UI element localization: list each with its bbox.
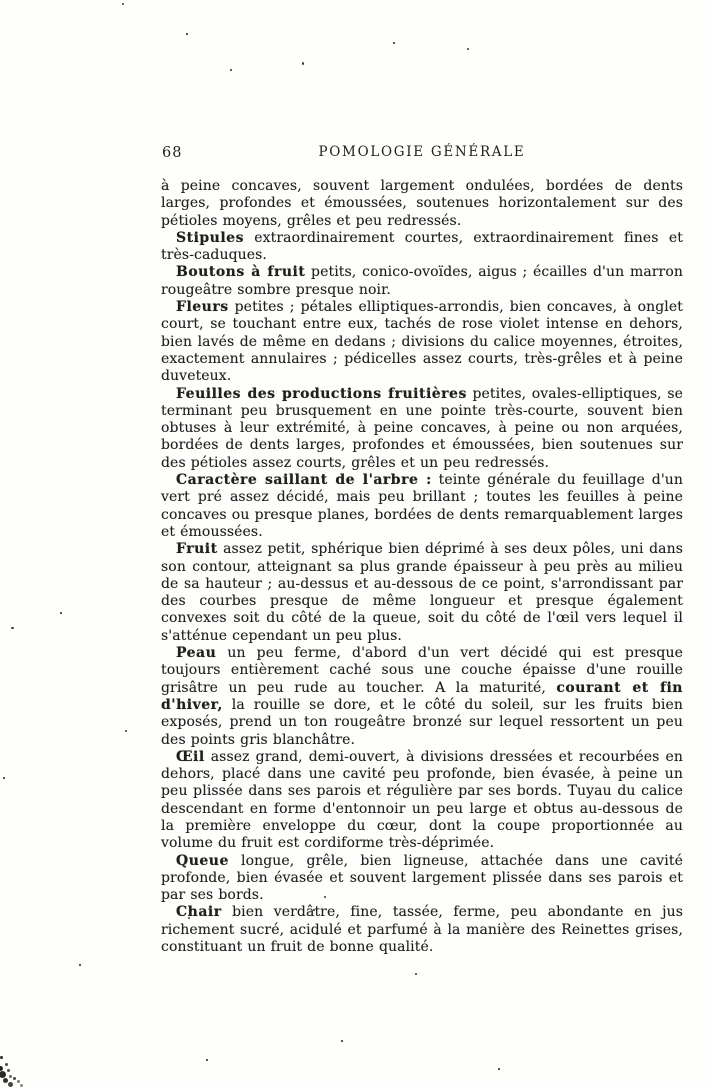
- scan-speck: [313, 909, 315, 911]
- page-body: à peine concaves, souvent largement ondu…: [161, 178, 683, 956]
- paragraph-text: bien verdâtre, fine, tassée, ferme, peu …: [161, 904, 683, 955]
- scan-speck: [302, 62, 304, 65]
- paragraph-lead-bold: Fleurs: [176, 299, 229, 315]
- scan-speck: [230, 69, 232, 71]
- paragraph-text: la rouille se dore, et le côté du soleil…: [161, 697, 683, 748]
- scan-speck: [341, 1040, 343, 1042]
- paragraph-lead-bold: Chair: [176, 904, 222, 920]
- scan-speck: [122, 3, 124, 5]
- paragraph-lead-bold: Queue: [176, 853, 229, 869]
- paragraph: Caractère saillant de l'arbre : teinte g…: [161, 472, 683, 541]
- scan-smudge: [0, 1056, 3, 1059]
- scan-speck: [206, 1059, 208, 1061]
- paragraph: à peine concaves, souvent largement ondu…: [161, 178, 683, 230]
- paragraph-lead-bold: Caractère saillant de l'arbre :: [176, 472, 432, 488]
- paragraph-lead-bold: Œil: [176, 749, 205, 765]
- paragraph: Fruit assez petit, sphérique bien déprim…: [161, 541, 683, 645]
- paragraph: Feuilles des productions fruitières peti…: [161, 386, 683, 472]
- paragraph-text: longue, grêle, bien ligneuse, attachée d…: [161, 853, 683, 904]
- paragraph-text: à peine concaves, souvent largement ondu…: [161, 178, 683, 229]
- paragraph-lead-bold: Stipules: [176, 230, 244, 246]
- paragraph: Œil assez grand, demi-ouvert, à division…: [161, 749, 683, 853]
- paragraph: Queue longue, grêle, bien ligneuse, atta…: [161, 853, 683, 905]
- scan-speck: [498, 1068, 500, 1070]
- paragraph-lead-bold: Fruit: [176, 541, 218, 557]
- scan-speck: [324, 896, 326, 898]
- scan-speck: [186, 33, 188, 35]
- scan-speck: [125, 730, 127, 732]
- page-header: 68 POMOLOGIE GÉNÉRALE: [161, 144, 683, 163]
- paragraph: Fleurs petites ; pétales elliptiques-arr…: [161, 299, 683, 385]
- paragraph: Peau un peu ferme, d'abord d'un vert déc…: [161, 645, 683, 749]
- paragraph-lead-bold: Boutons à fruit: [176, 264, 305, 280]
- scan-speck: [3, 777, 5, 779]
- scan-speck: [415, 973, 417, 975]
- paragraph: Boutons à fruit petits, conico-ovoïdes, …: [161, 264, 683, 299]
- page-number: 68: [162, 145, 182, 161]
- scan-speck: [60, 612, 62, 614]
- page-content: 68 POMOLOGIE GÉNÉRALE à peine concaves, …: [161, 144, 683, 956]
- scan-speck: [393, 42, 395, 44]
- scan-speck: [11, 627, 14, 629]
- scan-speck: [467, 48, 469, 50]
- paragraph-lead-bold: Feuilles des productions fruitières: [176, 386, 467, 402]
- running-title: POMOLOGIE GÉNÉRALE: [161, 144, 683, 160]
- scan-speck: [316, 933, 318, 935]
- paragraph-lead-bold: Peau: [176, 645, 216, 661]
- paragraph-text: assez petit, sphérique bien déprimé à se…: [161, 541, 683, 643]
- paragraph: Stipules extraordinairement courtes, ext…: [161, 230, 683, 265]
- paragraph-text: assez grand, demi-ouvert, à divisions dr…: [161, 749, 683, 851]
- scan-speck: [79, 964, 81, 966]
- scan-speck: [188, 917, 190, 919]
- scanned-book-page: 68 POMOLOGIE GÉNÉRALE à peine concaves, …: [0, 0, 707, 1087]
- paragraph: Chair bien verdâtre, fine, tassée, ferme…: [161, 904, 683, 956]
- paragraph-text: petites ; pétales elliptiques-arrondis, …: [161, 299, 683, 384]
